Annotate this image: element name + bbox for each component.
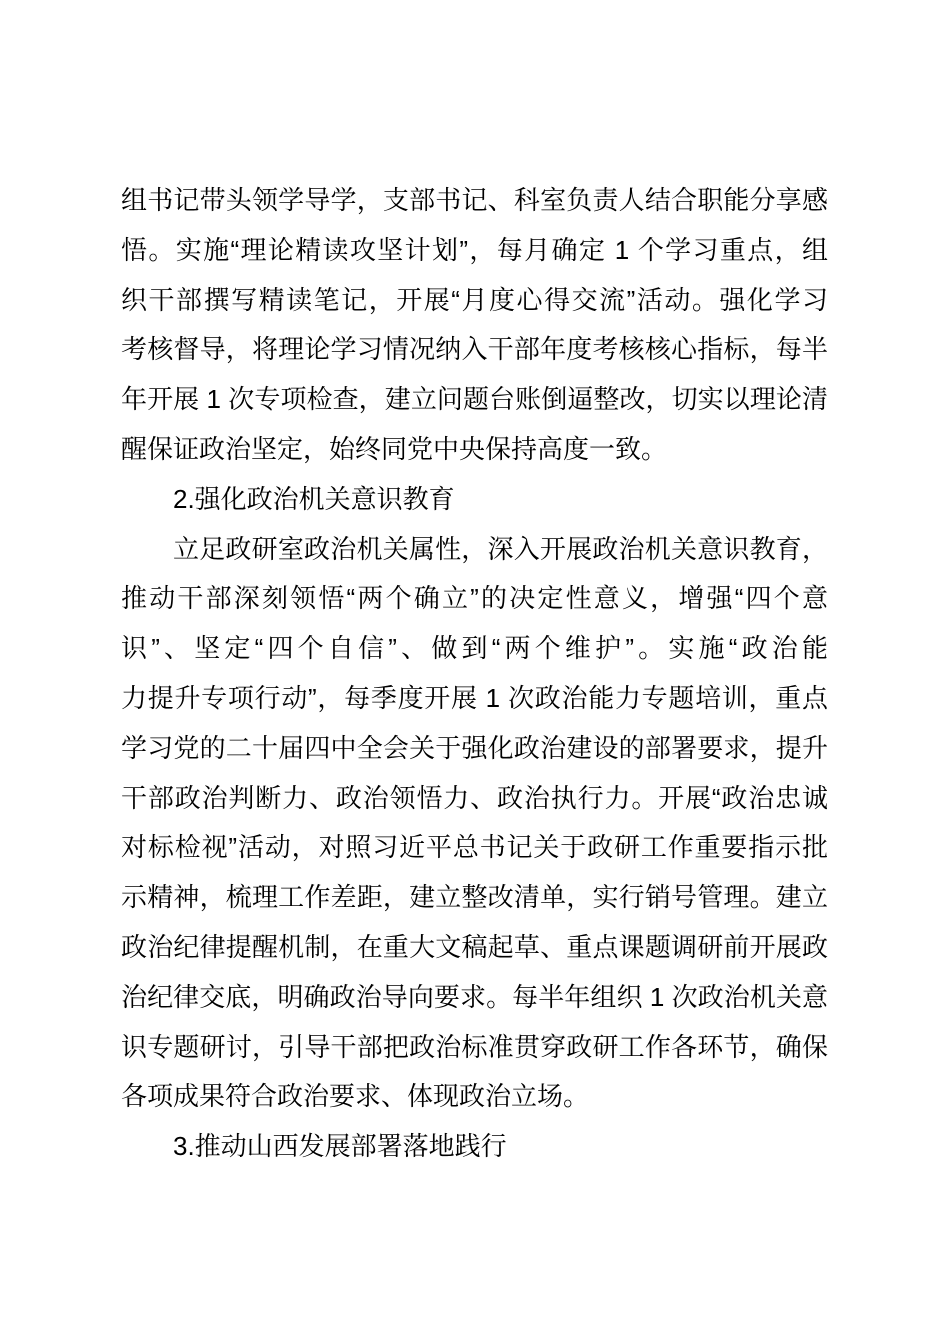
heading-line: 2.强化政治机关意识教育 [121, 475, 828, 525]
text-line: 治纪律交底，明确政治导向要求。每半年组织 1 次政治机关意 [121, 973, 828, 1023]
text-line: 对标检视”活动，对照习近平总书记关于政研工作重要指示批 [121, 823, 828, 873]
text-line: 悟。实施“理论精读攻坚计划”，每月确定 1 个学习重点，组 [121, 226, 828, 276]
text-line: 立足政研室政治机关属性，深入开展政治机关意识教育， [121, 525, 828, 575]
section-heading-3: 3.推动山西发展部署落地践行 [121, 1122, 828, 1172]
text-line: 考核督导，将理论学习情况纳入干部年度考核核心指标，每半 [121, 325, 828, 375]
paragraph-political-organ-awareness: 立足政研室政治机关属性，深入开展政治机关意识教育， 推动干部深刻领悟“两个确立”… [121, 525, 828, 1123]
text-line: 示精神，梳理工作差距，建立整改清单，实行销号管理。建立 [121, 873, 828, 923]
document-page: 组书记带头领学导学，支部书记、科室负责人结合职能分享感 悟。实施“理论精读攻坚计… [0, 0, 950, 1344]
text-line: 政治纪律提醒机制，在重大文稿起草、重点课题调研前开展政 [121, 923, 828, 973]
heading-line: 3.推动山西发展部署落地践行 [121, 1122, 828, 1172]
document-text-block: 组书记带头领学导学，支部书记、科室负责人结合职能分享感 悟。实施“理论精读攻坚计… [121, 176, 828, 1172]
text-line: 织干部撰写精读笔记，开展“月度心得交流”活动。强化学习 [121, 276, 828, 326]
text-line: 醒保证政治坚定，始终同党中央保持高度一致。 [121, 425, 828, 475]
text-line: 干部政治判断力、政治领悟力、政治执行力。开展“政治忠诚 [121, 774, 828, 824]
text-line: 各项成果符合政治要求、体现政治立场。 [121, 1072, 828, 1122]
text-line: 推动干部深刻领悟“两个确立”的决定性意义，增强“四个意 [121, 574, 828, 624]
text-line: 年开展 1 次专项检查，建立问题台账倒逼整改，切实以理论清 [121, 375, 828, 425]
text-line: 力提升专项行动”，每季度开展 1 次政治能力专题培训，重点 [121, 674, 828, 724]
text-line: 识专题研讨，引导干部把政治标准贯穿政研工作各环节，确保 [121, 1023, 828, 1073]
text-line: 识”、坚定“四个自信”、做到“两个维护”。实施“政治能 [121, 624, 828, 674]
text-line: 学习党的二十届四中全会关于强化政治建设的部署要求，提升 [121, 724, 828, 774]
section-heading-2: 2.强化政治机关意识教育 [121, 475, 828, 525]
text-line: 组书记带头领学导学，支部书记、科室负责人结合职能分享感 [121, 176, 828, 226]
paragraph-theory-study-continued: 组书记带头领学导学，支部书记、科室负责人结合职能分享感 悟。实施“理论精读攻坚计… [121, 176, 828, 475]
